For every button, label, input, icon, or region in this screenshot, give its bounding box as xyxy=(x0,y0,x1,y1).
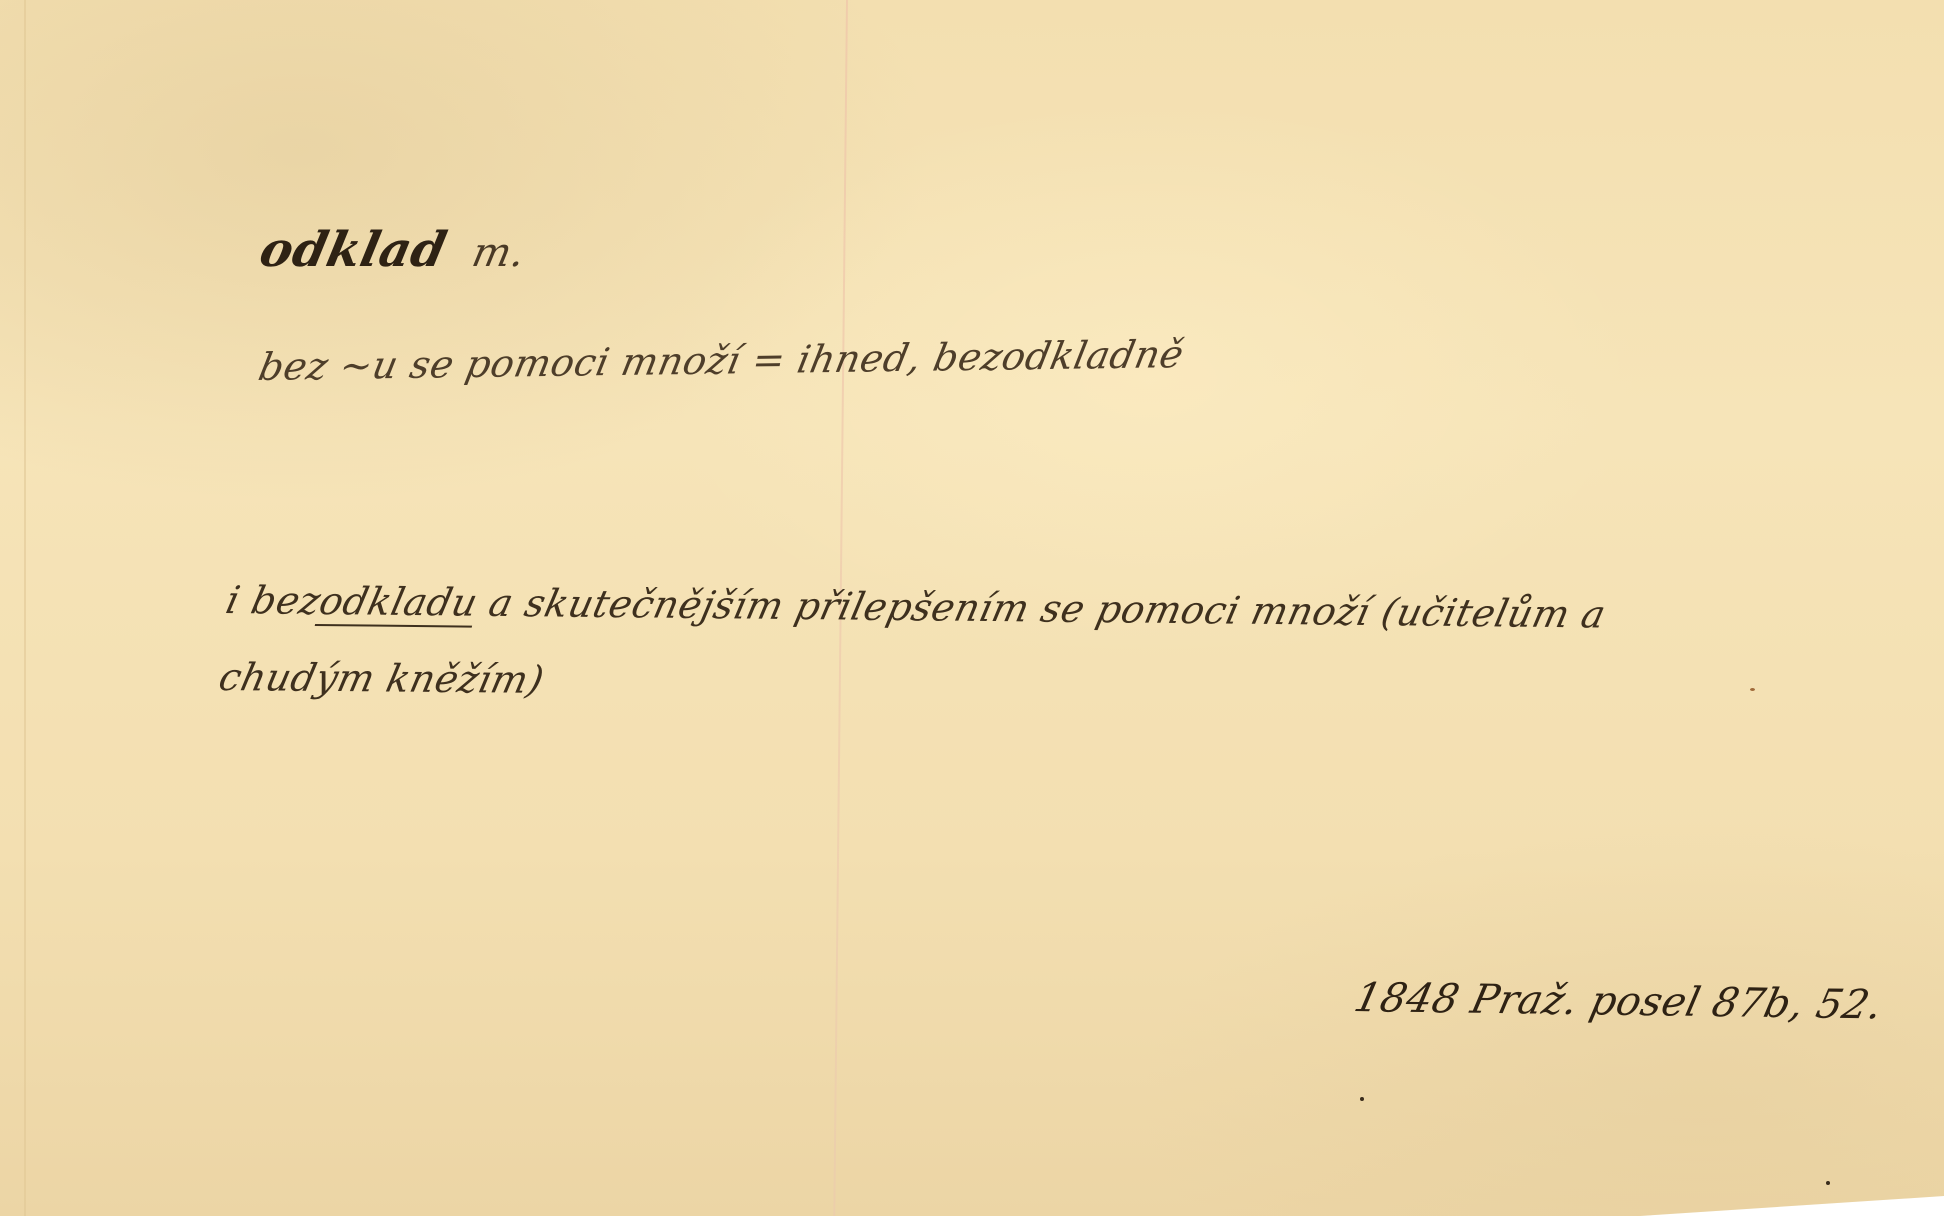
ink-speck xyxy=(1360,1097,1364,1101)
grammar-label: m. xyxy=(468,230,529,276)
example-line-1: i bezodkladu a skutečnějším přilepšením … xyxy=(222,578,1610,636)
example-prefix: i bez xyxy=(222,578,325,623)
headword-lemma: odklad xyxy=(255,222,452,278)
ink-speck xyxy=(1750,688,1755,691)
example-underlined-word: odkladu xyxy=(315,579,482,625)
headword-entry: odkladm. xyxy=(255,222,531,278)
example-line-2: chudým kněžím) xyxy=(215,655,548,702)
source-citation: 1848 Praž. posel 87b, 52. xyxy=(1350,975,1887,1028)
paper-edge-line xyxy=(24,0,26,1216)
example-line-1-rest: a skutečnějším přilepšením se pomoci mno… xyxy=(485,581,1610,637)
usage-line: bez ~u se pomoci množí = ihned, bezodkla… xyxy=(255,332,1188,389)
ink-speck xyxy=(1826,1181,1830,1185)
dictionary-slip: odkladm. bez ~u se pomoci množí = ihned,… xyxy=(0,0,1944,1216)
